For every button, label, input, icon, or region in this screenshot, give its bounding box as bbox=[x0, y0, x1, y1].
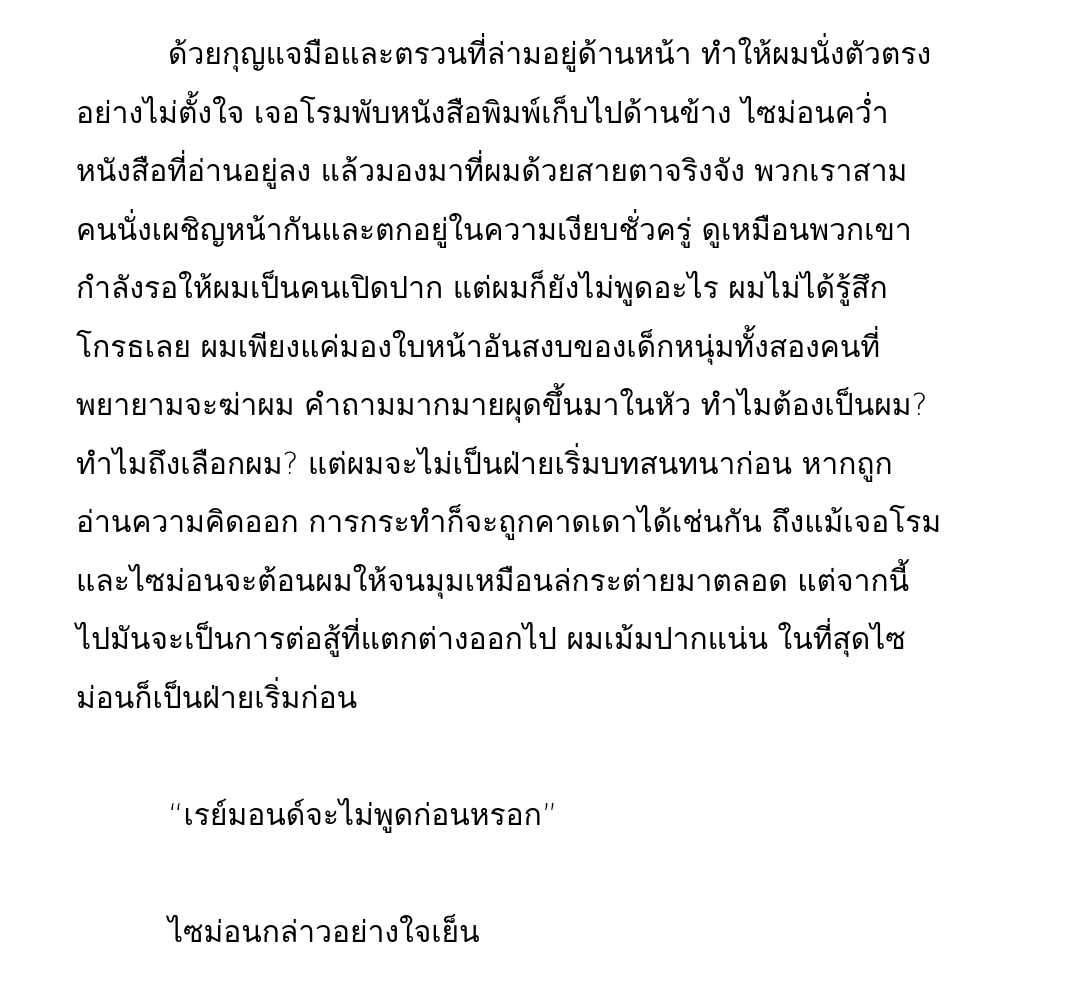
text-line: อย่างไม่ตั้งใจ เจอโรมพับหนังสือพิมพ์เก็บ… bbox=[76, 85, 1016, 144]
paragraph-spacer bbox=[76, 845, 1016, 904]
text-line: ม่อนก็เป็นฝ่ายเริ่มก่อน bbox=[76, 670, 1016, 729]
text-line: โกรธเลย ผมเพียงแค่มองใบหน้าอันสงบของเด็ก… bbox=[76, 319, 1016, 378]
text-line: หนังสือที่อ่านอยู่ลง แล้วมองมาที่ผมด้วยส… bbox=[76, 143, 1016, 202]
text-line: กำลังรอให้ผมเป็นคนเปิดปาก แต่ผมก็ยังไม่พ… bbox=[76, 260, 1016, 319]
text-line: ไปมันจะเป็นการต่อสู้ที่แตกต่างออกไป ผมเม… bbox=[76, 611, 1016, 670]
paragraph-dialogue: “เรย์มอนด์จะไม่พูดก่อนหรอก” bbox=[76, 787, 1016, 846]
document-page: ด้วยกุญแจมือและตรวนที่ล่ามอยู่ด้านหน้า ท… bbox=[76, 26, 1016, 962]
text-line: พยายามจะฆ่าผม คำถามมากมายผุดขึ้นมาในหัว … bbox=[76, 377, 1016, 436]
text-line: คนนั่งเผชิญหน้ากันและตกอยู่ในความเงียบชั… bbox=[76, 202, 1016, 261]
paragraph-spacer bbox=[76, 728, 1016, 787]
dialogue-line: “เรย์มอนด์จะไม่พูดก่อนหรอก” bbox=[76, 787, 1016, 846]
text-line: ไซม่อนกล่าวอย่างใจเย็น bbox=[76, 904, 1016, 963]
paragraph-narration: ด้วยกุญแจมือและตรวนที่ล่ามอยู่ด้านหน้า ท… bbox=[76, 26, 1016, 728]
text-line: ทำไมถึงเลือกผม? แต่ผมจะไม่เป็นฝ่ายเริ่มบ… bbox=[76, 436, 1016, 495]
paragraph-attribution: ไซม่อนกล่าวอย่างใจเย็น bbox=[76, 904, 1016, 963]
text-line: และไซม่อนจะต้อนผมให้จนมุมเหมือนล่กระต่าย… bbox=[76, 553, 1016, 612]
text-line: อ่านความคิดออก การกระทำก็จะถูกคาดเดาได้เ… bbox=[76, 494, 1016, 553]
text-line: ด้วยกุญแจมือและตรวนที่ล่ามอยู่ด้านหน้า ท… bbox=[76, 26, 1016, 85]
